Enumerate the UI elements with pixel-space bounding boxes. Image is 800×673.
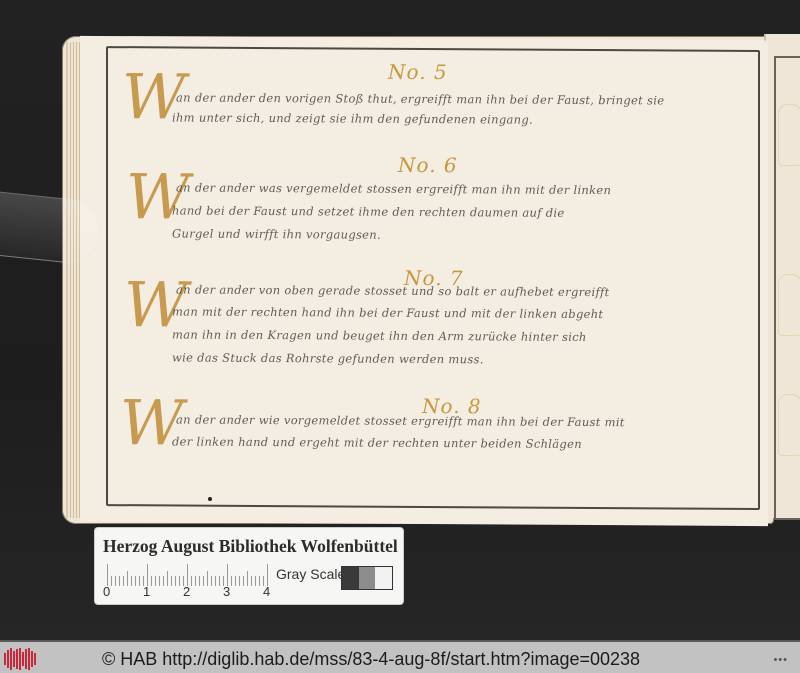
gray-swatch-mid <box>359 567 376 589</box>
ruler-number: 1 <box>143 584 150 599</box>
entry-heading: No. 5 <box>388 60 448 84</box>
manuscript-image-viewer[interactable]: No. 5 W an der ander den vorigen Stoß th… <box>0 0 800 640</box>
facing-page-edge <box>764 34 800 518</box>
decorated-initial: W <box>126 166 190 228</box>
copyright-url[interactable]: © HAB http://diglib.hab.de/mss/83-4-aug-… <box>102 649 640 670</box>
footer-bar: © HAB http://diglib.hab.de/mss/83-4-aug-… <box>0 640 800 673</box>
ruler-number: 2 <box>183 584 190 599</box>
manuscript-line: an der ander wie vorgemeldet stosset erg… <box>176 412 625 429</box>
manuscript-line: man mit der rechten hand ihn bei der Fau… <box>172 304 603 321</box>
more-options-button[interactable]: ••• <box>773 654 788 666</box>
gray-swatch-light <box>375 567 392 589</box>
ruler-scale <box>107 564 267 586</box>
manuscript-line: man ihn in den Kragen und beuget ihn den… <box>172 327 587 344</box>
faded-initial <box>778 274 800 336</box>
ruler-numbers: 0 1 2 3 4 <box>101 584 271 600</box>
hab-logo-icon[interactable] <box>4 648 36 670</box>
color-reference-card: Herzog August Bibliothek Wolfenbüttel 0 … <box>95 528 403 604</box>
faded-initial <box>778 104 800 166</box>
faded-initial <box>778 394 800 456</box>
gray-swatch-dark <box>342 567 359 589</box>
manuscript-line: an der ander was vergemeldet stossen erg… <box>176 180 611 197</box>
manuscript-line: hand bei der Faust und setzet ihme den r… <box>172 203 564 219</box>
manuscript-line: Gurgel und wirfft ihn vorgaugsen. <box>172 226 381 241</box>
manuscript-line: an der ander den vorigen Stoß thut, ergr… <box>176 90 664 107</box>
gray-scale-swatches <box>341 566 393 590</box>
ruler-number: 3 <box>223 584 230 599</box>
ruler-number: 4 <box>263 584 270 599</box>
manuscript-line: wie das Stuck das Rohrste gefunden werde… <box>172 350 484 366</box>
manuscript-line: der linken hand und ergeht mit der recht… <box>172 434 582 451</box>
ink-dot <box>208 497 212 501</box>
manuscript-line: ihm unter sich, und zeigt sie ihm den ge… <box>172 110 533 126</box>
gray-scale-label: Gray Scale <box>276 566 345 582</box>
entry-heading: No. 6 <box>398 153 458 177</box>
library-name: Herzog August Bibliothek Wolfenbüttel <box>103 536 398 557</box>
manuscript-line: an der ander von oben gerade stosset und… <box>176 282 610 299</box>
ruler-number: 0 <box>103 584 110 599</box>
manuscript-page: No. 5 W an der ander den vorigen Stoß th… <box>80 36 768 526</box>
